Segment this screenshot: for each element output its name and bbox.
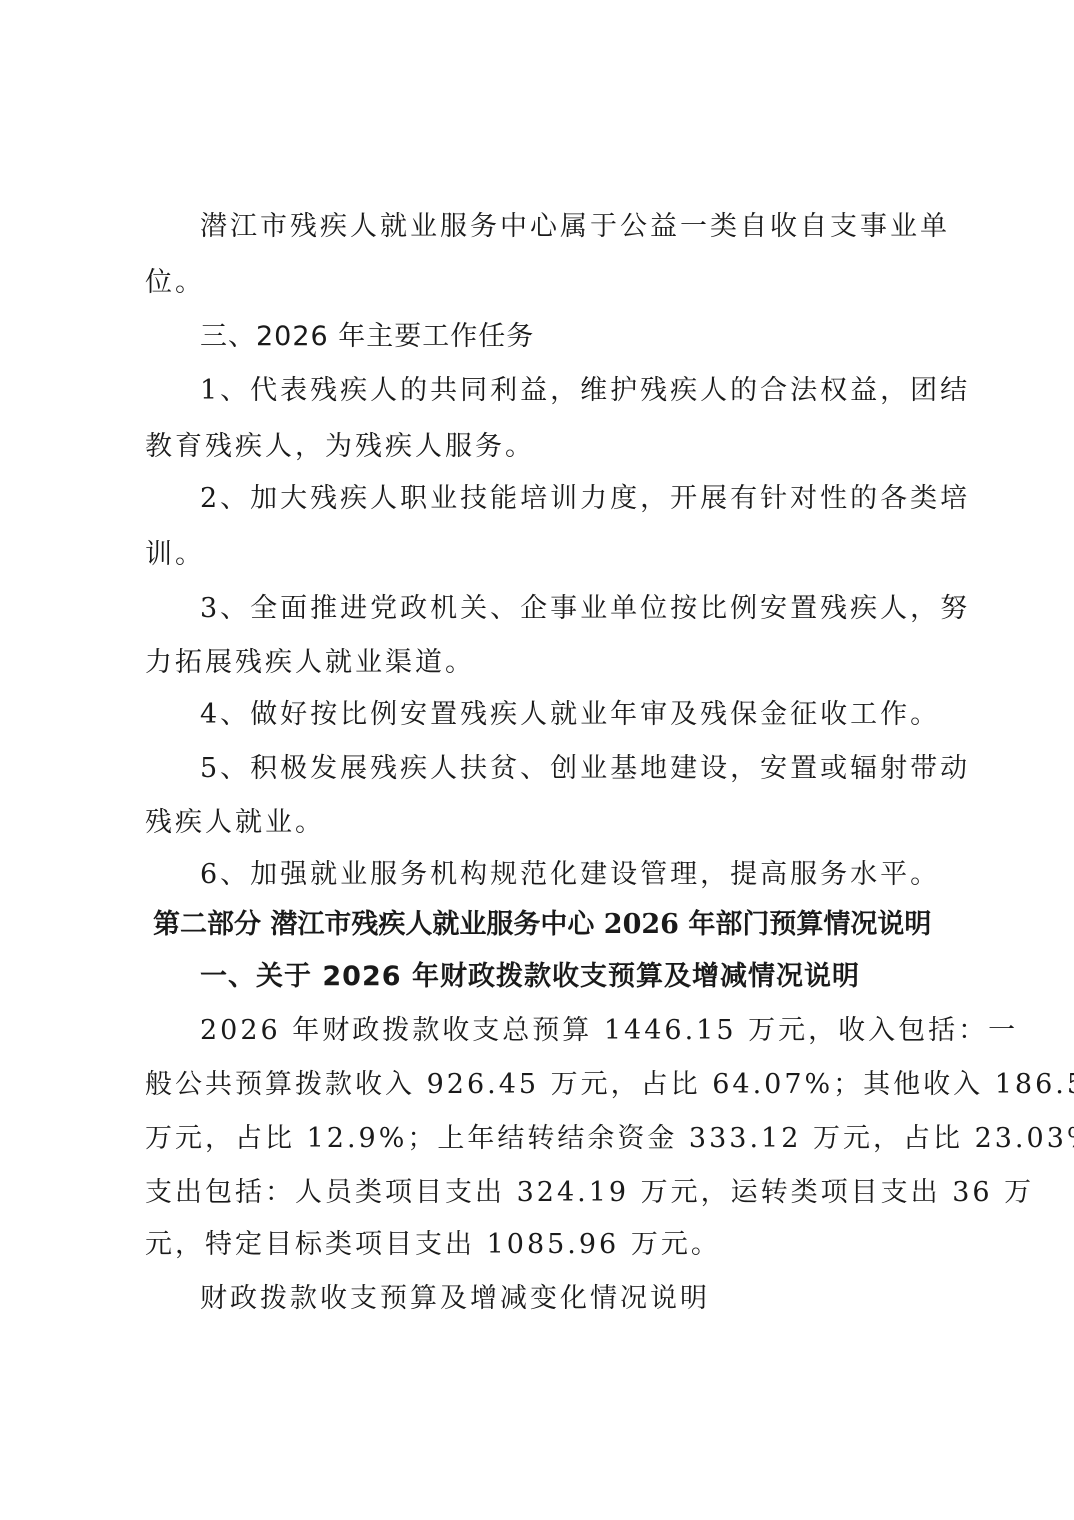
task-item-3-cont: 力拓展残疾人就业渠道。 bbox=[145, 646, 475, 680]
task-item-1: 1、代表残疾人的共同利益，维护残疾人的合法权益，团结 bbox=[200, 374, 970, 408]
task-item-5-cont: 残疾人就业。 bbox=[145, 806, 325, 840]
part-two-title: 第二部分 潜江市残疾人就业服务中心 2026 年部门预算情况说明 bbox=[153, 908, 931, 942]
paragraph-unit-type: 潜江市残疾人就业服务中心属于公益一类自收自支事业单 bbox=[200, 210, 950, 244]
task-item-4: 4、做好按比例安置残疾人就业年审及残保金征收工作。 bbox=[200, 698, 940, 732]
task-item-1-cont: 教育残疾人，为残疾人服务。 bbox=[145, 430, 535, 464]
budget-paragraph-line-2: 般公共预算拨款收入 926.45 万元，占比 64.07%；其他收入 186.5… bbox=[145, 1068, 1074, 1102]
section-heading-budget: 一、关于 2026 年财政拨款收支预算及增减情况说明 bbox=[200, 960, 860, 994]
task-item-2-cont: 训。 bbox=[145, 538, 205, 572]
task-item-6: 6、加强就业服务机构规范化建设管理，提高服务水平。 bbox=[200, 858, 940, 892]
budget-paragraph-line-3: 万元，占比 12.9%；上年结转结余资金 333.12 万元，占比 23.03%… bbox=[145, 1122, 1074, 1156]
task-item-5: 5、积极发展残疾人扶贫、创业基地建设，安置或辐射带动 bbox=[200, 752, 970, 786]
budget-paragraph-line-4: 支出包括：人员类项目支出 324.19 万元，运转类项目支出 36 万 bbox=[145, 1176, 1034, 1210]
budget-paragraph-line-1: 2026 年财政拨款收支总预算 1446.15 万元，收入包括：一 bbox=[200, 1014, 1018, 1048]
task-item-2: 2、加大残疾人职业技能培训力度，开展有针对性的各类培 bbox=[200, 482, 970, 516]
budget-paragraph-line-5: 元，特定目标类项目支出 1085.96 万元。 bbox=[145, 1228, 721, 1262]
section-heading-tasks: 三、2026 年主要工作任务 bbox=[200, 320, 534, 354]
budget-change-caption: 财政拨款收支预算及增减变化情况说明 bbox=[200, 1282, 710, 1316]
paragraph-unit-type-cont: 位。 bbox=[145, 266, 205, 300]
task-item-3: 3、全面推进党政机关、企事业单位按比例安置残疾人，努 bbox=[200, 592, 970, 626]
